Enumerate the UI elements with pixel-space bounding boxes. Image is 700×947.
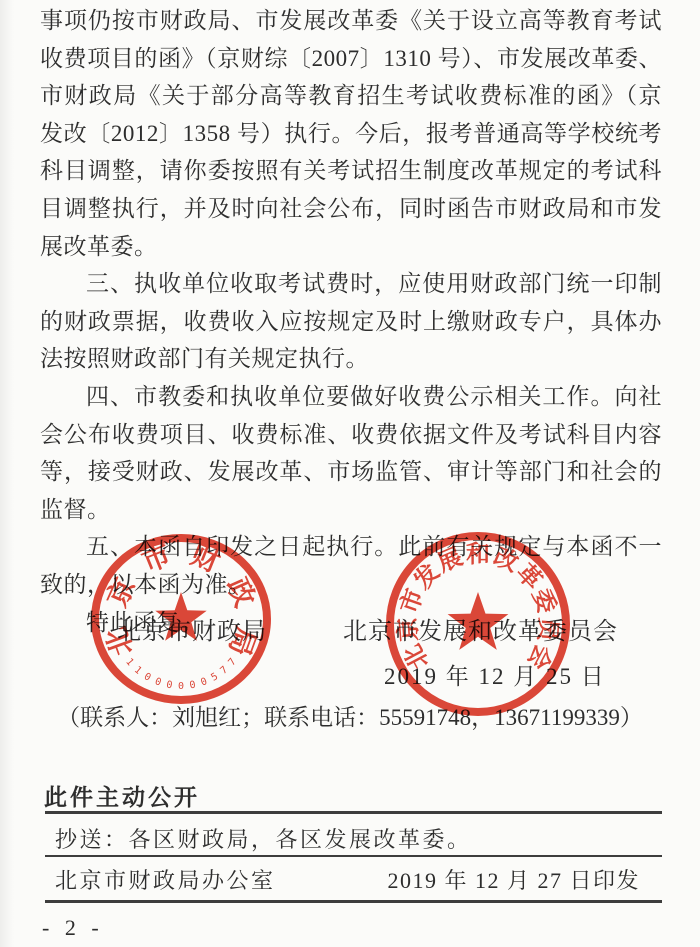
body-paragraph: 三、执收单位收取考试费时，应使用财政部门统一印制的财政票据，收费收入应按规定及时… bbox=[40, 265, 662, 378]
footer-divider-top bbox=[45, 811, 662, 814]
print-date: 2019 年 12 月 27 日印发 bbox=[387, 864, 640, 895]
signature-right-org: 北京市发展和改革委员会 bbox=[343, 611, 618, 646]
signature-date: 2019 年 12 月 25 日 bbox=[384, 658, 606, 691]
page-number: - 2 - bbox=[42, 915, 104, 941]
svg-text:0: 0 bbox=[142, 671, 153, 684]
svg-text:0: 0 bbox=[153, 676, 162, 688]
svg-text:0: 0 bbox=[189, 680, 197, 692]
letter-body: 事项仍按市财政局、市发展改革委《关于设立高等教育考试收费项目的函》（京财综〔20… bbox=[40, 2, 662, 641]
svg-text:0: 0 bbox=[178, 681, 184, 692]
disclosure-note: 此件主动公开 bbox=[44, 779, 200, 812]
svg-text:5: 5 bbox=[209, 671, 220, 684]
cc-line: 抄送：各区财政局，各区发展改革委。 bbox=[55, 823, 472, 854]
footer-divider-middle bbox=[45, 855, 662, 857]
issuing-office: 北京市财政局办公室 bbox=[55, 864, 276, 895]
footer-divider-bottom bbox=[45, 900, 662, 903]
svg-text:7: 7 bbox=[219, 665, 231, 677]
contact-line: （联系人：刘旭红；联系电话：55591748，13671199339） bbox=[0, 699, 700, 732]
body-paragraph: 四、市教委和执收单位要做好收费公示相关工作。向社会公布收费项目、收费标准、收费依… bbox=[40, 378, 662, 528]
svg-text:7: 7 bbox=[227, 657, 239, 669]
svg-text:0: 0 bbox=[165, 680, 173, 692]
signature-left-org: 北京市财政局 bbox=[117, 611, 267, 646]
document-page: 事项仍按市财政局、市发展改革委《关于设立高等教育考试收费项目的函》（京财综〔20… bbox=[0, 0, 700, 947]
svg-text:1: 1 bbox=[132, 665, 144, 677]
body-paragraph: 五、本函自印发之日起执行。此前有关规定与本函不一致的，以本函为准。 bbox=[40, 528, 662, 603]
body-paragraph: 事项仍按市财政局、市发展改革委《关于设立高等教育考试收费项目的函》（京财综〔20… bbox=[40, 2, 662, 265]
svg-text:0: 0 bbox=[199, 676, 208, 688]
svg-text:1: 1 bbox=[123, 657, 135, 669]
